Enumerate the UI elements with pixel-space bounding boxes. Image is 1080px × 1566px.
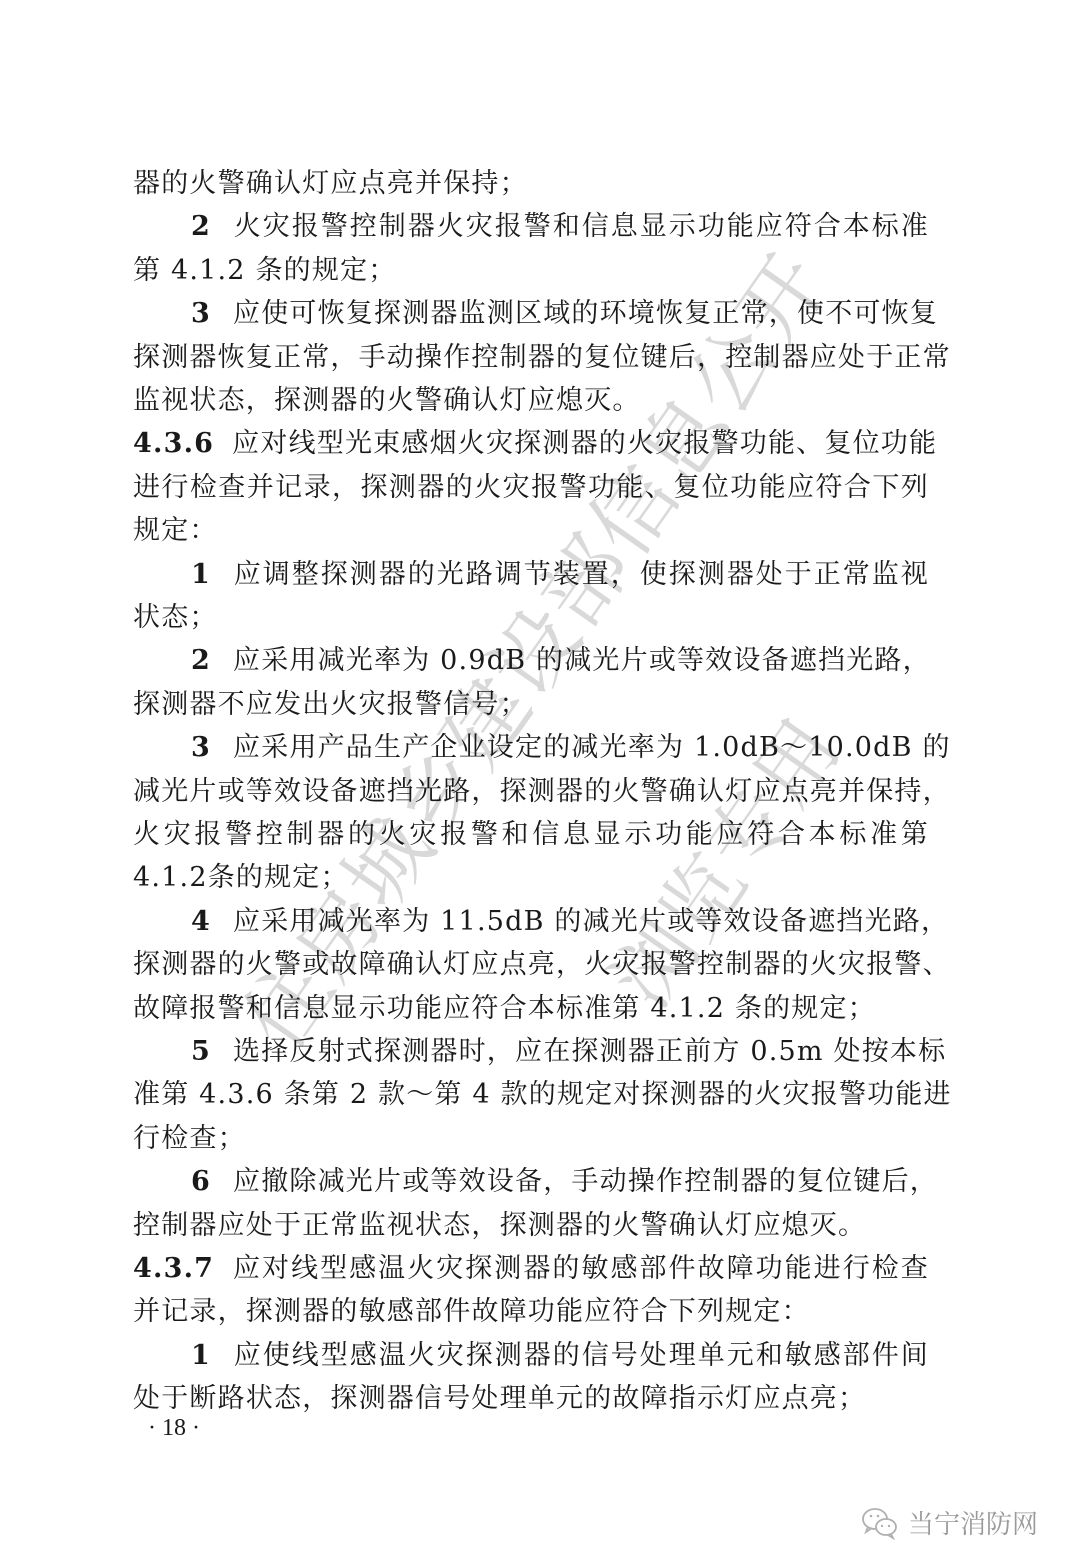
text-line: 探测器恢复正常，手动操作控制器的复位键后，控制器应处于正常 — [133, 336, 929, 379]
list-item-line: 5选择反射式探测器时，应在探测器正前方 0.5m 处按本标 — [191, 1030, 929, 1073]
text-line: 并记录，探测器的敏感部件故障功能应符合下列规定： — [133, 1290, 810, 1333]
line-text: 准第 4.3.6 条第 2 款～第 4 款的规定对探测器的火灾报警功能进 — [133, 1079, 952, 1110]
text-line: 火灾报警控制器的火灾报警和信息显示功能应符合本标准第 — [133, 813, 929, 856]
text-line: 控制器应处于正常监视状态，探测器的火警确认灯应熄灭。 — [133, 1204, 866, 1247]
text-line: 准第 4.3.6 条第 2 款～第 4 款的规定对探测器的火灾报警功能进 — [133, 1073, 929, 1116]
item-number: 1 — [191, 559, 211, 590]
line-text: 应撤除减光片或等效设备，手动操作控制器的复位键后， — [233, 1166, 938, 1197]
line-text: 火灾报警控制器的火灾报警和信息显示功能应符合本标准第 — [133, 819, 929, 850]
line-text: 选择反射式探测器时，应在探测器正前方 0.5m 处按本标 — [233, 1036, 946, 1067]
source-brand: 当宁消防网 — [860, 1504, 1038, 1541]
list-item-line: 1应调整探测器的光路调节装置，使探测器处于正常监视 — [191, 553, 929, 596]
line-text: 控制器应处于正常监视状态，探测器的火警确认灯应熄灭。 — [133, 1210, 866, 1241]
text-line: 处于断路状态，探测器信号处理单元的故障指示灯应点亮； — [133, 1377, 866, 1420]
item-number: 2 — [191, 645, 211, 676]
list-item-line: 2应采用减光率为 0.9dB 的减光片或等效设备遮挡光路， — [191, 639, 929, 682]
line-text: 故障报警和信息显示功能应符合本标准第 4.1.2 条的规定； — [133, 993, 876, 1024]
list-item-line: 4应采用减光率为 11.5dB 的减光片或等效设备遮挡光路， — [191, 900, 929, 943]
text-line: 第 4.1.2 条的规定； — [133, 249, 396, 292]
clause-number: 4.3.6 — [133, 428, 214, 459]
list-item-line: 3应采用产品生产企业设定的减光率为 1.0dB～10.0dB 的 — [191, 726, 929, 769]
item-number: 3 — [191, 732, 211, 763]
line-text: 应调整探测器的光路调节装置，使探测器处于正常监视 — [233, 559, 929, 590]
wechat-icon — [860, 1506, 900, 1540]
text-line: 监视状态，探测器的火警确认灯应熄灭。 — [133, 379, 641, 422]
page-number: · 18 · — [148, 1415, 200, 1442]
clause-heading-line: 4.3.7应对线型感温火灾探测器的敏感部件故障功能进行检查 — [133, 1247, 929, 1290]
line-text: 应采用产品生产企业设定的减光率为 1.0dB～10.0dB 的 — [233, 732, 951, 763]
item-number: 6 — [191, 1166, 211, 1197]
line-text: 减光片或等效设备遮挡光路，探测器的火警确认灯应点亮并保持， — [133, 776, 951, 807]
line-text: 器的火警确认灯应点亮并保持； — [133, 168, 528, 199]
text-line: 减光片或等效设备遮挡光路，探测器的火警确认灯应点亮并保持， — [133, 770, 929, 813]
clause-number: 4.3.7 — [133, 1253, 214, 1284]
line-text: 行检查； — [133, 1123, 246, 1154]
text-line: 探测器不应发出火灾报警信号； — [133, 683, 528, 726]
list-item-line: 6应撤除减光片或等效设备，手动操作控制器的复位键后， — [191, 1160, 929, 1203]
text-line: 故障报警和信息显示功能应符合本标准第 4.1.2 条的规定； — [133, 987, 876, 1030]
line-text: 应对线型光束感烟火灾探测器的火灾报警功能、复位功能 — [232, 428, 937, 459]
brand-label: 当宁消防网 — [908, 1504, 1038, 1541]
list-item-line: 1应使线型感温火灾探测器的信号处理单元和敏感部件间 — [191, 1334, 929, 1377]
line-text: 应使线型感温火灾探测器的信号处理单元和敏感部件间 — [233, 1340, 929, 1371]
clause-heading-line: 4.3.6应对线型光束感烟火灾探测器的火灾报警功能、复位功能 — [133, 422, 929, 465]
line-text: 4.1.2条的规定； — [133, 862, 349, 893]
line-text: 监视状态，探测器的火警确认灯应熄灭。 — [133, 385, 641, 416]
line-text: 火灾报警控制器火灾报警和信息显示功能应符合本标准 — [233, 211, 929, 242]
text-line: 4.1.2条的规定； — [133, 856, 349, 899]
line-text: 第 4.1.2 条的规定； — [133, 255, 396, 286]
text-line: 状态； — [133, 596, 218, 639]
line-text: 进行检查并记录，探测器的火灾报警功能、复位功能应符合下列 — [133, 472, 929, 503]
line-text: 探测器恢复正常，手动操作控制器的复位键后，控制器应处于正常 — [133, 342, 951, 373]
text-line: 探测器的火警或故障确认灯应点亮，火灾报警控制器的火灾报警、 — [133, 943, 929, 986]
item-number: 3 — [191, 298, 211, 329]
line-text: 处于断路状态，探测器信号处理单元的故障指示灯应点亮； — [133, 1383, 866, 1414]
line-text: 应采用减光率为 11.5dB 的减光片或等效设备遮挡光路， — [233, 906, 949, 937]
line-text: 并记录，探测器的敏感部件故障功能应符合下列规定： — [133, 1296, 810, 1327]
item-number: 4 — [191, 906, 211, 937]
line-text: 规定： — [133, 515, 218, 546]
line-text: 应对线型感温火灾探测器的敏感部件故障功能进行检查 — [232, 1253, 929, 1284]
text-line: 行检查； — [133, 1117, 246, 1160]
item-number: 5 — [191, 1036, 211, 1067]
text-line: 进行检查并记录，探测器的火灾报警功能、复位功能应符合下列 — [133, 466, 929, 509]
line-text: 应采用减光率为 0.9dB 的减光片或等效设备遮挡光路， — [233, 645, 931, 676]
text-line: 规定： — [133, 509, 218, 552]
list-item-line: 2火灾报警控制器火灾报警和信息显示功能应符合本标准 — [191, 205, 929, 248]
list-item-line: 3应使可恢复探测器监测区域的环境恢复正常，使不可恢复 — [191, 292, 929, 335]
text-line: 器的火警确认灯应点亮并保持； — [133, 162, 528, 205]
line-text: 状态； — [133, 602, 218, 633]
line-text: 应使可恢复探测器监测区域的环境恢复正常，使不可恢复 — [233, 298, 938, 329]
item-number: 1 — [191, 1340, 211, 1371]
item-number: 2 — [191, 211, 211, 242]
line-text: 探测器的火警或故障确认灯应点亮，火灾报警控制器的火灾报警、 — [133, 949, 951, 980]
line-text: 探测器不应发出火灾报警信号； — [133, 689, 528, 720]
